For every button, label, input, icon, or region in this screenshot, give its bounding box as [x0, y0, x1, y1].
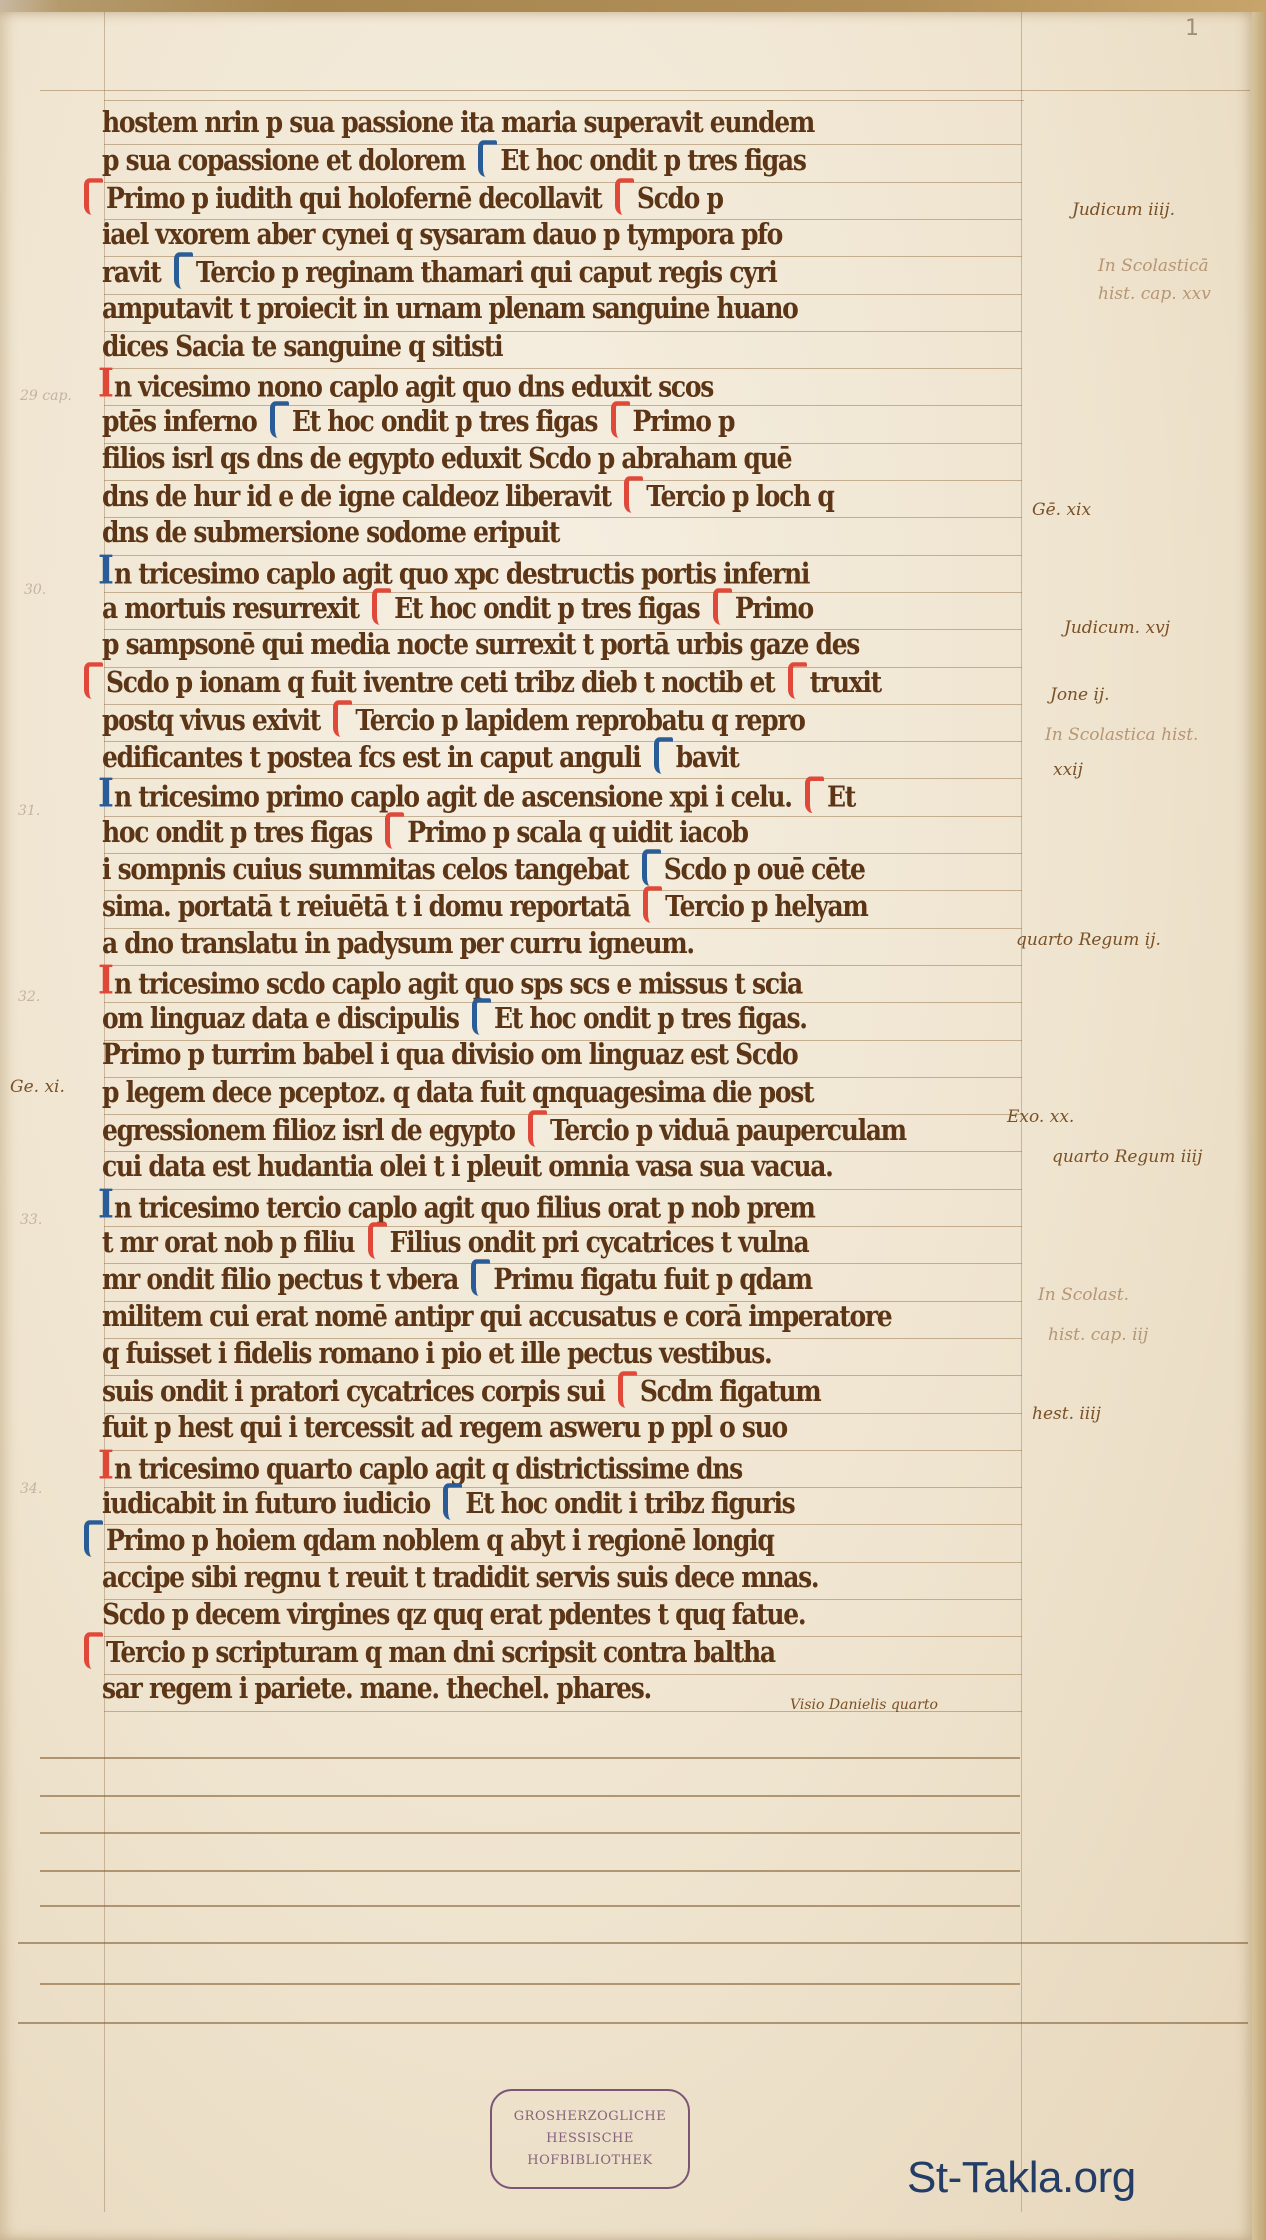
paragraph-mark-icon — [471, 1259, 490, 1296]
line-text: militem cui erat nomē antipr qui accusat… — [102, 1299, 891, 1332]
line-text: bavit — [676, 741, 739, 774]
line-text: ptēs inferno — [102, 405, 264, 438]
paragraph-mark-icon — [654, 737, 673, 774]
paragraph-mark-icon — [84, 663, 103, 700]
rubricated-initial: I — [98, 551, 112, 590]
manuscript-line: militem cui erat nomē antipr qui accusat… — [102, 1297, 1032, 1340]
line-text: i sompnis cuius summitas celos tangebat — [102, 852, 636, 885]
paragraph-mark-icon — [642, 849, 661, 886]
line-text: Et hoc ondit p tres figas. — [494, 1002, 807, 1035]
blank-ruled-line — [18, 2022, 1248, 2024]
paragraph-mark-icon — [643, 886, 662, 923]
library-stamp: GROSHERZOGLICHE HESSISCHE HOFBIBLIOTHEK — [490, 2089, 690, 2189]
line-text: n tricesimo tercio caplo agit quo filius… — [114, 1190, 815, 1223]
paragraph-mark-icon — [611, 401, 630, 438]
line-text: p legem dece pceptoz. q data fuit qnquag… — [102, 1075, 813, 1108]
line-text: Tercio p helyam — [665, 890, 867, 923]
manuscript-line: ptēs inferno Et hoc ondit p tres figas P… — [102, 401, 1032, 444]
margin-annotation: Exo. xx. — [1007, 1107, 1074, 1127]
paragraph-mark-icon — [615, 178, 634, 215]
line-text: iael vxorem aber cynei q sysaram dauo p … — [102, 217, 782, 250]
blank-ruled-line — [40, 1795, 1020, 1797]
line-text: Scdo p ouē cēte — [664, 852, 865, 885]
line-text: p sampsonē qui media nocte surrexit t po… — [102, 628, 859, 661]
line-text: n tricesimo scdo caplo agit quo sps scs … — [114, 967, 802, 1000]
line-text: Primo — [735, 591, 813, 624]
stamp-line-3: HOFBIBLIOTHEK — [492, 2150, 688, 2172]
line-text: Tercio p scripturam q man dni scripsit c… — [106, 1636, 775, 1669]
margin-annotation: In Scolasticā — [1098, 256, 1209, 276]
line-text: Primo p turrim babel i qua divisio om li… — [102, 1038, 797, 1071]
rubricated-initial: I — [98, 1446, 112, 1485]
line-text: om linguaz data e discipulis — [102, 1002, 466, 1035]
line-text: a dno translatu in padysum per curru ign… — [102, 926, 694, 959]
line-text: Et hoc ondit i tribz figuris — [465, 1487, 794, 1520]
line-text: edificantes t postea fcs est in caput an… — [102, 741, 648, 774]
manuscript-line: sima. portatā t reiuētā t i domu reporta… — [102, 886, 1032, 929]
paragraph-mark-icon — [84, 1520, 103, 1557]
line-text: n tricesimo quarto caplo agit q district… — [114, 1452, 742, 1485]
chapter-number-annotation: 33. — [20, 1212, 42, 1228]
line-text: accipe sibi regnu t reuit t tradidit ser… — [102, 1560, 818, 1593]
paragraph-mark-icon — [805, 777, 824, 814]
line-text: sar regem i pariete. mane. thechel. phar… — [102, 1672, 651, 1705]
paragraph-mark-icon — [624, 476, 643, 513]
line-text: Scdo p ionam q fuit iventre ceti tribz d… — [106, 666, 782, 699]
line-text: Et hoc ondit p tres figas — [394, 591, 707, 624]
margin-annotation: Visio Danielis quarto — [790, 1697, 938, 1713]
margin-annotation: xxij — [1053, 760, 1083, 780]
line-text: Scdm figatum — [640, 1375, 820, 1408]
chapter-number-annotation: 32. — [18, 989, 40, 1005]
blank-ruled-line — [18, 1942, 1248, 1944]
manuscript-line: dns de submersione sodome eripuit — [102, 513, 1032, 556]
line-text: Et — [827, 780, 855, 813]
line-text: suis ondit i pratori cycatrices corpis s… — [102, 1375, 612, 1408]
folio-number: 1 — [1185, 16, 1199, 41]
line-text: Primu figatu fuit p qdam — [493, 1263, 811, 1296]
manuscript-line: Primo p turrim babel i qua divisio om li… — [102, 1036, 1032, 1079]
margin-annotation: hest. iiij — [1032, 1404, 1101, 1424]
paragraph-mark-icon — [443, 1483, 462, 1520]
manuscript-line: fuit p hest qui i tercessit ad regem asw… — [102, 1408, 1032, 1451]
line-text: n tricesimo caplo agit quo xpc destructi… — [114, 556, 809, 589]
line-text: truxit — [810, 666, 881, 699]
margin-annotation: Judicum iiij. — [1072, 200, 1175, 220]
top-rule — [40, 90, 1250, 91]
line-text: ravit — [102, 256, 168, 289]
manuscript-text-block: hostem nrin p sua passione ita maria sup… — [102, 107, 1032, 1711]
rubricated-initial: I — [98, 364, 112, 403]
manuscript-line: a dno translatu in padysum per curru ign… — [102, 924, 1032, 967]
paragraph-mark-icon — [174, 252, 193, 289]
blank-ruled-line — [40, 1832, 1020, 1834]
line-text: amputavit t proiecit in urnam plenam san… — [102, 292, 797, 325]
margin-annotation: Gē. xix — [1032, 500, 1091, 520]
blank-ruled-line — [40, 1983, 1020, 1985]
line-text: Scdo p — [637, 181, 723, 214]
line-text: Et hoc ondit p tres figas — [292, 405, 605, 438]
line-text: filios isrl qs dns de egypto eduxit Scdo… — [102, 441, 791, 474]
line-text: Tercio p viduā pauperculam — [550, 1114, 906, 1147]
margin-annotation: Jone ij. — [1050, 685, 1110, 705]
line-text: dices Sacia te sanguine q sitisti — [102, 329, 502, 362]
margin-annotation: Judicum. xvj — [1064, 618, 1170, 638]
line-text: Primo p hoiem qdam noblem q abyt i regio… — [106, 1524, 774, 1557]
line-text: egressionem filioz isrl de egypto — [102, 1114, 522, 1147]
line-text: iudicabit in futuro iudicio — [102, 1487, 437, 1520]
line-text: Tercio p loch q — [646, 480, 833, 513]
paragraph-mark-icon — [333, 700, 352, 737]
paragraph-mark-icon — [372, 588, 391, 625]
manuscript-line: In tricesimo primo caplo agit de ascensi… — [102, 774, 1032, 817]
chapter-number-annotation: 29 cap. — [20, 388, 72, 404]
site-watermark: St-Takla.org — [907, 2153, 1136, 2203]
paragraph-mark-icon — [472, 998, 491, 1035]
line-text: Primo p — [633, 405, 735, 438]
line-text: sima. portatā t reiuētā t i domu reporta… — [102, 890, 637, 923]
line-text: Filius ondit pri cycatrices t vulna — [390, 1225, 809, 1258]
page-edge — [1252, 12, 1266, 2240]
line-text: fuit p hest qui i tercessit ad regem asw… — [102, 1411, 787, 1444]
line-text: mr ondit filio pectus t vbera — [102, 1263, 465, 1296]
paragraph-mark-icon — [385, 812, 404, 849]
line-text: dns de hur id e de igne caldeoz liberavi… — [102, 480, 618, 513]
margin-annotation: quarto Regum ij. — [1016, 930, 1161, 950]
line-text: Tercio p reginam thamari qui caput regis… — [196, 256, 777, 289]
paragraph-mark-icon — [713, 588, 732, 625]
line-text: t mr orat nob p filiu — [102, 1225, 362, 1258]
blank-ruled-line — [40, 1870, 1020, 1872]
line-text: dns de submersione sodome eripuit — [102, 516, 559, 549]
stamp-line-2: HESSISCHE — [492, 2128, 688, 2150]
margin-annotation: Ge. xi. — [10, 1077, 65, 1097]
line-text: Tercio p lapidem reprobatu q repro — [355, 703, 804, 736]
paragraph-mark-icon — [84, 1632, 103, 1669]
stamp-line-1: GROSHERZOGLICHE — [492, 2106, 688, 2128]
line-text: Primo p iudith qui holofernē decollavit — [106, 181, 609, 214]
line-text: Primo p scala q uidit iacob — [407, 815, 747, 848]
rubricated-initial: I — [98, 961, 112, 1000]
head-rule — [104, 100, 1024, 101]
line-text: cui data est hudantia olei t i pleuit om… — [102, 1150, 833, 1183]
line-text: n tricesimo primo caplo agit de ascensio… — [114, 780, 799, 813]
margin-annotation: In Scolast. — [1038, 1285, 1129, 1305]
manuscript-line: cui data est hudantia olei t i pleuit om… — [102, 1147, 1032, 1190]
line-text: q fuisset i fidelis romano i pio et ille… — [102, 1336, 771, 1369]
line-text: Et hoc ondit p tres figas — [500, 144, 805, 177]
line-text: p sua copassione et dolorem — [102, 144, 472, 177]
margin-annotation: In Scolastica hist. — [1045, 725, 1198, 745]
chapter-number-annotation: 30. — [24, 582, 46, 598]
blank-ruled-line — [40, 1905, 1020, 1907]
line-text: a mortuis resurrexit — [102, 591, 366, 624]
paragraph-mark-icon — [84, 178, 103, 215]
chapter-number-annotation: 31. — [18, 803, 40, 819]
paragraph-mark-icon — [270, 401, 289, 438]
margin-annotation: hist. cap. iij — [1048, 1325, 1148, 1345]
rubricated-initial: I — [98, 1185, 112, 1224]
line-text: hoc ondit p tres figas — [102, 815, 379, 848]
paragraph-mark-icon — [618, 1371, 637, 1408]
manuscript-line: mr ondit filio pectus t vbera Primu figa… — [102, 1259, 1032, 1302]
blank-ruled-line — [40, 1757, 1020, 1759]
paragraph-mark-icon — [528, 1110, 547, 1147]
line-text: n vicesimo nono caplo agit quo dns eduxi… — [114, 370, 713, 403]
manuscript-line: Primo p hoiem qdam noblem q abyt i regio… — [84, 1520, 1032, 1563]
paragraph-mark-icon — [788, 663, 807, 700]
paragraph-mark-icon — [368, 1222, 387, 1259]
manuscript-line: p sua copassione et dolorem Et hoc ondit… — [102, 140, 1032, 183]
paragraph-mark-icon — [478, 140, 497, 177]
line-text: Scdo p decem virgines qz quq erat pdente… — [102, 1597, 805, 1630]
manuscript-line: amputavit t proiecit in urnam plenam san… — [102, 290, 1032, 333]
margin-annotation: hist. cap. xxv — [1098, 284, 1211, 304]
chapter-number-annotation: 34. — [20, 1481, 42, 1497]
manuscript-line: Scdo p ionam q fuit iventre ceti tribz d… — [84, 663, 1032, 706]
line-text: hostem nrin p sua passione ita maria sup… — [102, 105, 814, 138]
margin-annotation: quarto Regum iiij — [1052, 1147, 1202, 1167]
rubricated-initial: I — [98, 774, 112, 813]
line-text: postq vivus exivit — [102, 703, 327, 736]
